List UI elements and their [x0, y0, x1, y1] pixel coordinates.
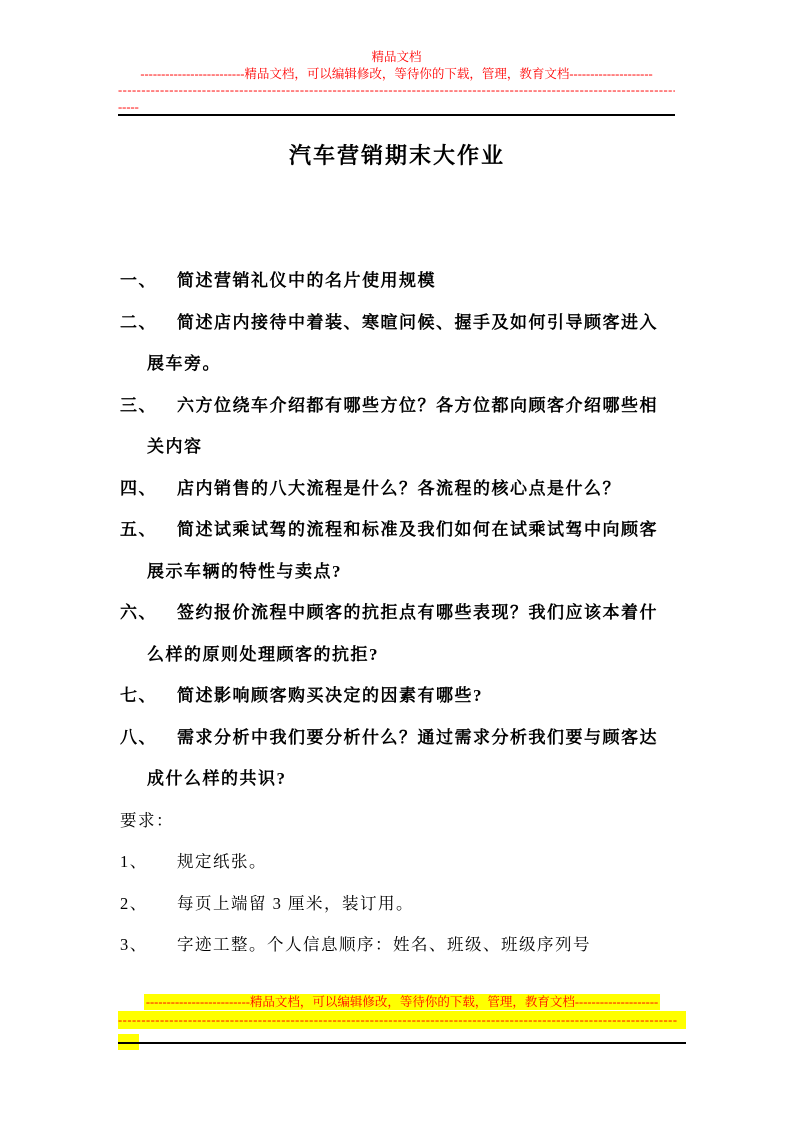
- question-text: 简述影响顾客购买决定的因素有哪些?: [177, 686, 483, 705]
- question-item: 三、六方位绕车介绍都有哪些方位？各方位都向顾客介绍哪些相 关内容: [120, 385, 720, 468]
- requirement-number: 2、: [120, 883, 177, 925]
- question-item: 四、店内销售的八大流程是什么？各流程的核心点是什么？: [120, 468, 720, 510]
- question-text: 店内销售的八大流程是什么？各流程的核心点是什么？: [177, 479, 621, 498]
- requirement-number: 3、: [120, 924, 177, 966]
- document-page: 精品文档 -------------------------精品文档，可以编辑修…: [0, 0, 794, 1123]
- question-number: 一、: [120, 260, 177, 302]
- document-body: 一、简述营销礼仪中的名片使用规模 二、简述店内接待中着装、寒暄问候、握手及如何引…: [120, 260, 720, 966]
- header-promo-line: -------------------------精品文档，可以编辑修改，等待你…: [118, 66, 675, 83]
- header-badge: 精品文档: [118, 49, 675, 66]
- question-item: 五、简述试乘试驾的流程和标准及我们如何在试乘试驾中向顾客 展示车辆的特性与卖点?: [120, 509, 720, 592]
- header-dash-line: ----------------------------------------…: [118, 82, 675, 99]
- question-number: 八、: [120, 717, 177, 759]
- requirement-number: 1、: [120, 841, 177, 883]
- page-header: 精品文档 -------------------------精品文档，可以编辑修…: [118, 49, 675, 115]
- requirement-item: 3、字迹工整。个人信息顺序：姓名、班级、班级序列号: [120, 924, 720, 966]
- question-number: 六、: [120, 592, 177, 634]
- requirement-item: 1、规定纸张。: [120, 841, 720, 883]
- question-text: 需求分析中我们要分析什么？通过需求分析我们要与顾客达 成什么样的共识?: [147, 728, 658, 789]
- requirements-label: 要求：: [120, 800, 720, 842]
- question-number: 三、: [120, 385, 177, 427]
- requirement-item: 2、每页上端留 3 厘米，装订用。: [120, 883, 720, 925]
- footer-dash-line: ----------------------------------------…: [118, 1011, 686, 1034]
- question-number: 二、: [120, 302, 177, 344]
- requirement-text: 每页上端留 3 厘米，装订用。: [177, 894, 414, 913]
- header-divider-line: [118, 114, 675, 116]
- requirement-text: 规定纸张。: [177, 852, 267, 871]
- question-text: 签约报价流程中顾客的抗拒点有哪些表现？我们应该本着什 么样的原则处理顾客的抗拒?: [147, 603, 658, 664]
- footer-promo-line: -------------------------精品文档，可以编辑修改，等待你…: [118, 994, 686, 1011]
- question-text: 简述试乘试驾的流程和标准及我们如何在试乘试驾中向顾客 展示车辆的特性与卖点?: [147, 520, 658, 581]
- question-text: 六方位绕车介绍都有哪些方位？各方位都向顾客介绍哪些相 关内容: [147, 396, 658, 457]
- question-number: 七、: [120, 675, 177, 717]
- question-number: 五、: [120, 509, 177, 551]
- question-item: 六、签约报价流程中顾客的抗拒点有哪些表现？我们应该本着什 么样的原则处理顾客的抗…: [120, 592, 720, 675]
- page-title: 汽车营销期末大作业: [97, 139, 697, 170]
- header-dash-stub: -----: [118, 99, 675, 116]
- question-item: 八、需求分析中我们要分析什么？通过需求分析我们要与顾客达 成什么样的共识?: [120, 717, 720, 800]
- footer-divider-line: [118, 1042, 686, 1044]
- footer-dash-highlight: ----------------------------------------…: [118, 1011, 686, 1030]
- requirement-text: 字迹工整。个人信息顺序：姓名、班级、班级序列号: [177, 935, 591, 954]
- question-item: 二、简述店内接待中着装、寒暄问候、握手及如何引导顾客进入 展车旁。: [120, 302, 720, 385]
- question-text: 简述店内接待中着装、寒暄问候、握手及如何引导顾客进入 展车旁。: [147, 313, 658, 374]
- question-number: 四、: [120, 468, 177, 510]
- question-item: 一、简述营销礼仪中的名片使用规模: [120, 260, 720, 302]
- question-item: 七、简述影响顾客购买决定的因素有哪些?: [120, 675, 720, 717]
- footer-promo-highlight: -------------------------精品文档，可以编辑修改，等待你…: [144, 994, 660, 1010]
- question-text: 简述营销礼仪中的名片使用规模: [177, 271, 436, 290]
